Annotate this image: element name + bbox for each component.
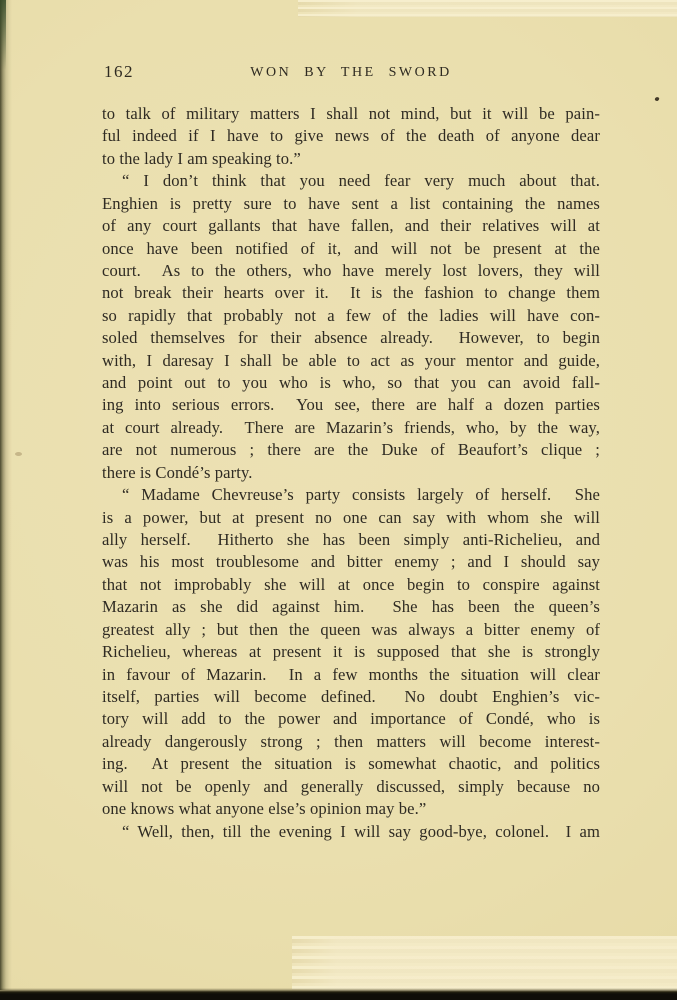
text-line: to talk of military matters I shall not … <box>102 103 600 125</box>
text-line: ing into serious errors. You see, there … <box>102 394 600 416</box>
text-line: “ Well, then, till the evening I will sa… <box>102 821 600 843</box>
text-line: ing. At present the situation is somewha… <box>102 753 600 775</box>
text-line: court. As to the others, who have merely… <box>102 260 600 282</box>
paragraph: to talk of military matters I shall not … <box>102 103 600 170</box>
paragraph: “ Well, then, till the evening I will sa… <box>102 821 600 843</box>
text-line: itself, parties will become defined. No … <box>102 686 600 708</box>
text-line: once have been notified of it, and will … <box>102 238 600 260</box>
text-line: so rapidly that probably not a few of th… <box>102 305 600 327</box>
text-line: one knows what anyone else’s opinion may… <box>102 798 600 820</box>
text-line: not break their hearts over it. It is th… <box>102 282 600 304</box>
text-line: ally herself. Hitherto she has been simp… <box>102 529 600 551</box>
text-line: “ Madame Chevreuse’s party consists larg… <box>102 484 600 506</box>
text-line: greatest ally ; but then the queen was a… <box>102 619 600 641</box>
text-line: to the lady I am speaking to.” <box>102 148 600 170</box>
text-line: and point out to you who is who, so that… <box>102 372 600 394</box>
text-line: Richelieu, whereas at present it is supp… <box>102 641 600 663</box>
text-line: at court already. There are Mazarin’s fr… <box>102 417 600 439</box>
ink-speck <box>654 96 659 101</box>
page-edge-stripes-bottom <box>292 936 677 991</box>
text-line: there is Condé’s party. <box>102 462 600 484</box>
paragraph: “ I don’t think that you need fear very … <box>102 170 600 484</box>
text-line: ful indeed if I have to give news of the… <box>102 125 600 147</box>
book-page: 162 WON BY THE SWORD to talk of military… <box>0 0 677 1000</box>
text-line: Enghien is pretty sure to have sent a li… <box>102 193 600 215</box>
text-line: soled themselves for their absence alrea… <box>102 327 600 349</box>
text-line: in favour of Mazarin. In a few months th… <box>102 664 600 686</box>
text-line: will not be openly and generally discuss… <box>102 776 600 798</box>
text-line: that not improbably she will at once beg… <box>102 574 600 596</box>
text-line: is a power, but at present no one can sa… <box>102 507 600 529</box>
text-line: “ I don’t think that you need fear very … <box>102 170 600 192</box>
page-edge-stripes-top <box>298 0 677 17</box>
text-line: are not numerous ; there are the Duke of… <box>102 439 600 461</box>
text-line: was his most troublesome and bitter enem… <box>102 551 600 573</box>
text-line: already dangerously strong ; then matter… <box>102 731 600 753</box>
text-line: of any court gallants that have fallen, … <box>102 215 600 237</box>
paragraph: “ Madame Chevreuse’s party consists larg… <box>102 484 600 820</box>
text-line: with, I daresay I shall be able to act a… <box>102 350 600 372</box>
running-title: WON BY THE SWORD <box>102 65 600 81</box>
scan-bottom-band <box>0 988 677 1000</box>
binding-edge <box>0 0 12 990</box>
text-line: tory will add to the power and importanc… <box>102 708 600 730</box>
paper-smudge <box>15 452 22 456</box>
text-line: Mazarin as she did against him. She has … <box>102 596 600 618</box>
text-block: to talk of military matters I shall not … <box>102 103 600 843</box>
